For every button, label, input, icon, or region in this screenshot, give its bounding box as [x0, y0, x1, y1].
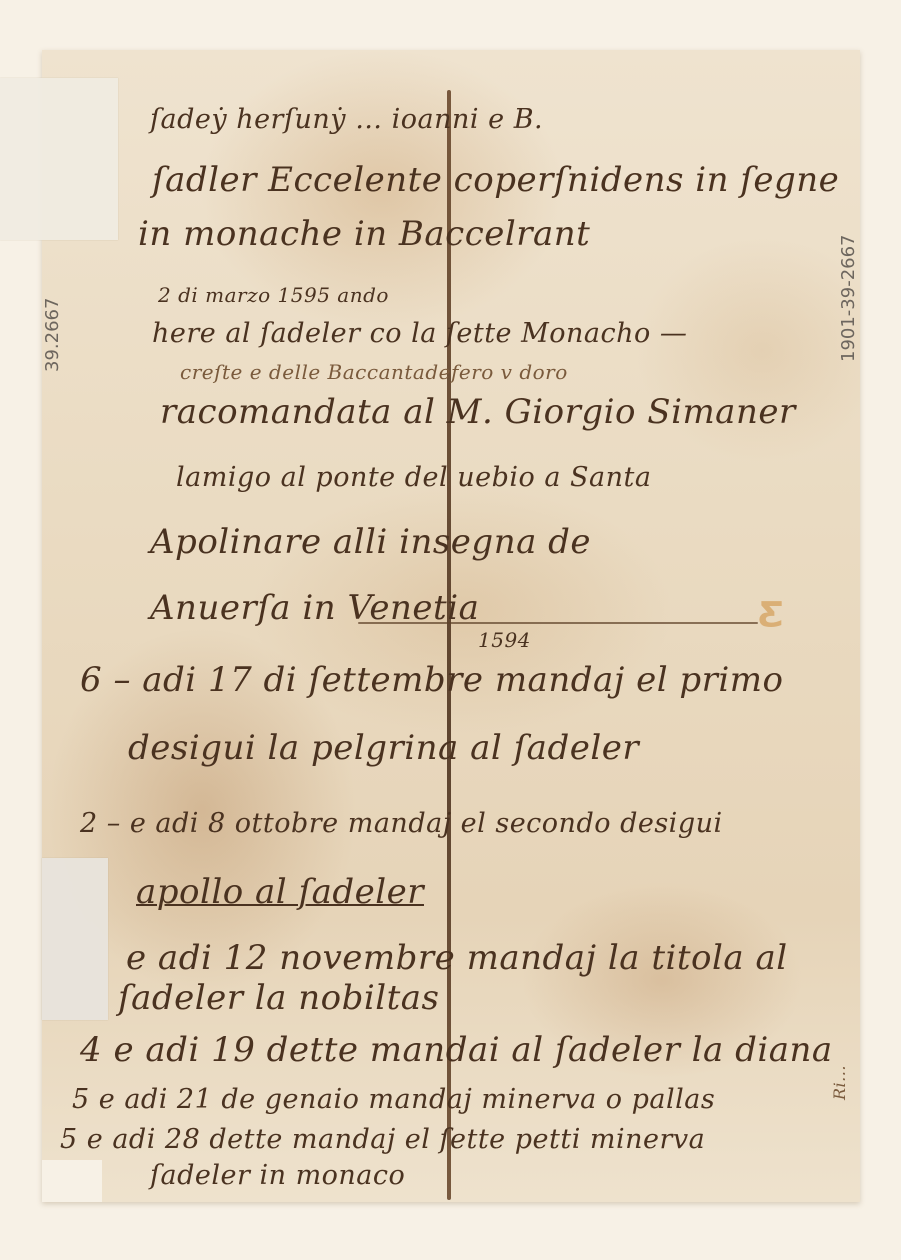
text-line: 2 – e adi 8 ottobre mandaj el secondo de…: [80, 808, 723, 839]
text-line: creſte e delle Baccantadefero v doro: [180, 360, 568, 384]
text-line: ſadler Eccelente coperſnidens in ſegne: [152, 160, 839, 200]
ink-underline: [358, 622, 758, 624]
collector-stamp-icon: Ƹ: [758, 595, 784, 635]
text-line: 4 e adi 19 dette mandai al ſadeler la di…: [80, 1030, 833, 1070]
text-line: lamigo al ponte del uebio a Santa: [176, 462, 651, 493]
text-line: Apolinare alli insegna de: [150, 522, 591, 562]
hinge-tape-top: [0, 78, 118, 240]
text-line: 5 e adi 28 dette mandaj el ſette petti m…: [60, 1124, 705, 1155]
accession-number-left: 39.2667: [42, 298, 63, 372]
hinge-tape-bottom: [42, 858, 108, 1020]
text-line: 6 – adi 17 di ſettembre mandaj el primo: [80, 660, 784, 700]
text-line: apollo al ſadeler: [136, 872, 424, 912]
text-line: ſadeler la nobiltas: [118, 978, 440, 1018]
text-line: e adi 12 novembre mandaj la titola al: [126, 938, 788, 978]
text-line: 2 di marzo 1595 ando: [158, 283, 389, 307]
text-line: desigui la pelgrina al ſadeler: [128, 728, 639, 768]
year-annotation: 1594: [478, 628, 531, 652]
text-line: here al ſadeler co la ſette Monacho —: [152, 318, 687, 349]
text-line: ſadeẏ herſunẏ … ioanni e B.: [150, 104, 543, 135]
sheet-torn-corner: [42, 1160, 102, 1202]
text-line: 5 e adi 21 de genaio mandaj minerva o pa…: [72, 1084, 715, 1115]
text-line: racomandata al M. Giorgio Simaner: [160, 392, 796, 432]
text-line: in monache in Baccelrant: [138, 214, 590, 254]
right-edge-faint-text: Ri...: [830, 1065, 849, 1100]
accession-number-right: 1901-39-2667: [838, 234, 859, 362]
text-line: ſadeler in monaco: [150, 1160, 405, 1191]
